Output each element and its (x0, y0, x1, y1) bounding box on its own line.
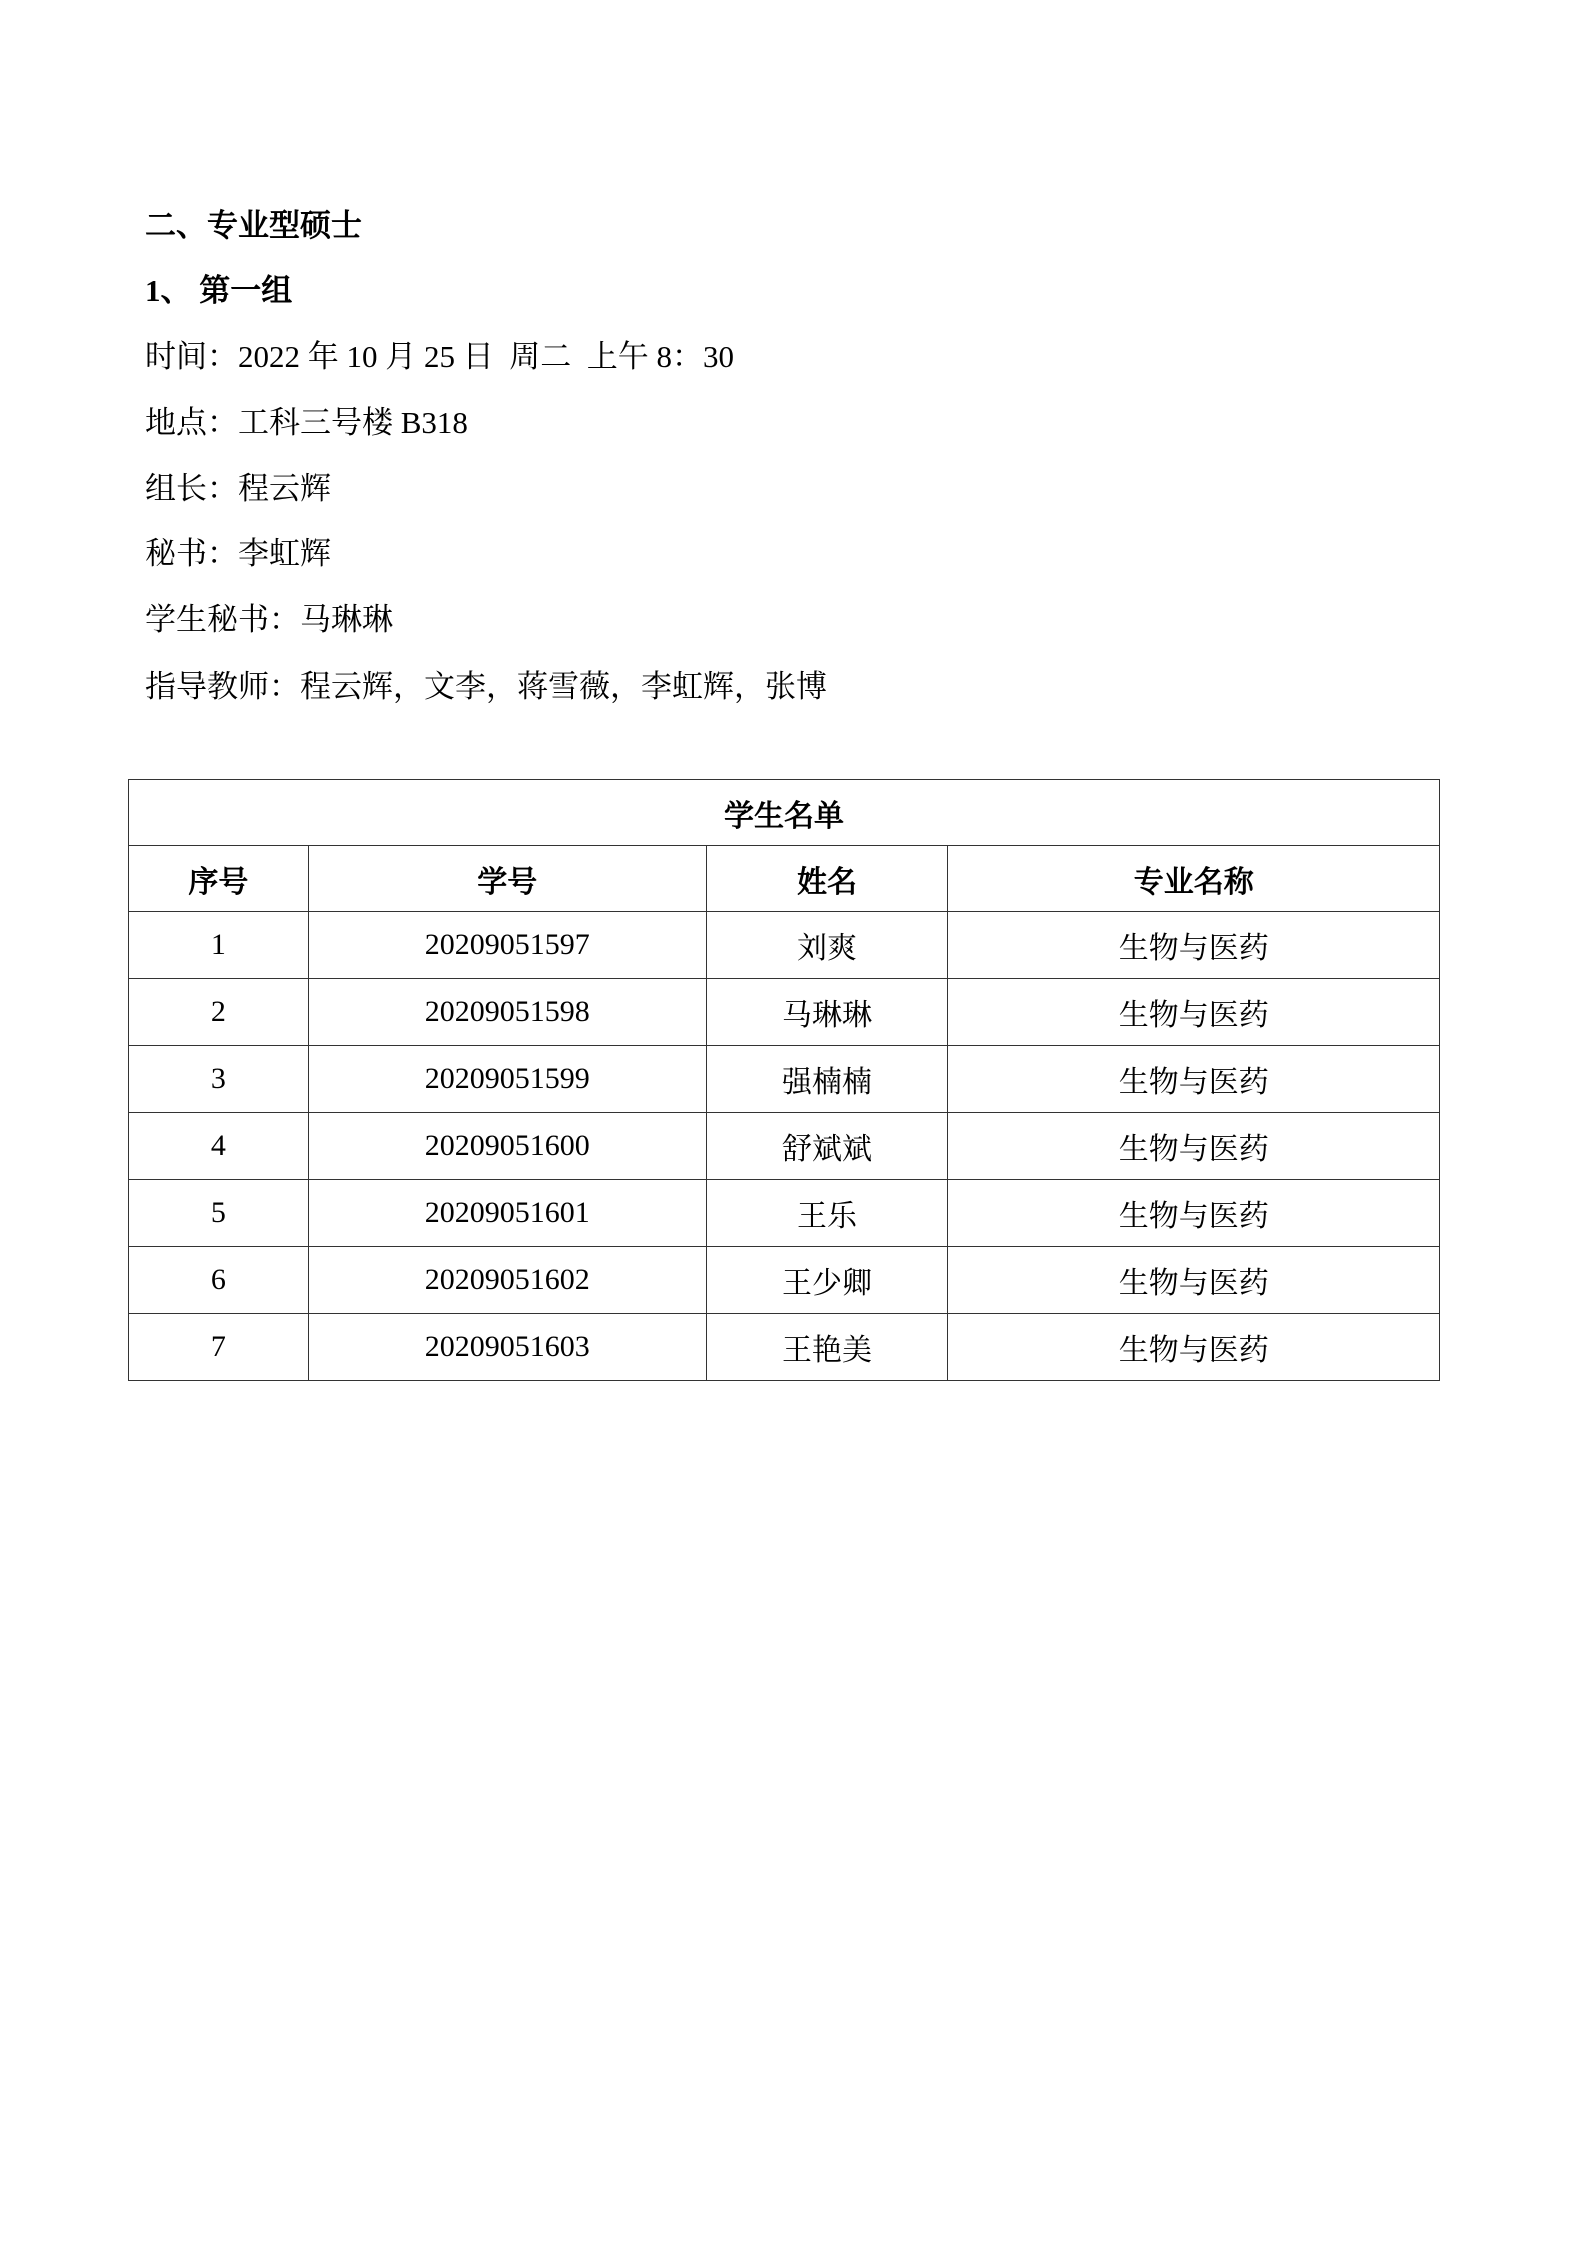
cell-major: 生物与医药 (948, 979, 1440, 1046)
section-heading: 二、专业型硕士 (145, 206, 362, 246)
location-line: 地点：工科三号楼 B318 (145, 403, 468, 443)
student-roster-table: 学生名单 序号 学号 姓名 专业名称 1 20209051597 刘爽 生物与医… (128, 779, 1440, 1381)
cell-student-id: 20209051601 (308, 1180, 706, 1247)
cell-student-id: 20209051599 (308, 1046, 706, 1113)
column-header-student-id: 学号 (308, 846, 706, 912)
cell-index: 6 (129, 1247, 309, 1314)
cell-major: 生物与医药 (948, 912, 1440, 979)
cell-index: 5 (129, 1180, 309, 1247)
table-header-row: 序号 学号 姓名 专业名称 (129, 846, 1440, 912)
cell-name: 王艳美 (706, 1314, 948, 1381)
cell-name: 王少卿 (706, 1247, 948, 1314)
time-line: 时间：2022 年 10 月 25 日 周二 上午 8：30 (145, 337, 734, 377)
cell-name: 刘爽 (706, 912, 948, 979)
cell-student-id: 20209051600 (308, 1113, 706, 1180)
cell-index: 1 (129, 912, 309, 979)
cell-index: 2 (129, 979, 309, 1046)
cell-name: 舒斌斌 (706, 1113, 948, 1180)
table-row: 4 20209051600 舒斌斌 生物与医药 (129, 1113, 1440, 1180)
cell-index: 3 (129, 1046, 309, 1113)
cell-name: 王乐 (706, 1180, 948, 1247)
table-row: 3 20209051599 强楠楠 生物与医药 (129, 1046, 1440, 1113)
cell-major: 生物与医药 (948, 1314, 1440, 1381)
cell-major: 生物与医药 (948, 1113, 1440, 1180)
table-row: 2 20209051598 马琳琳 生物与医药 (129, 979, 1440, 1046)
cell-major: 生物与医药 (948, 1180, 1440, 1247)
column-header-major: 专业名称 (948, 846, 1440, 912)
cell-name: 强楠楠 (706, 1046, 948, 1113)
cell-index: 4 (129, 1113, 309, 1180)
secretary-line: 秘书：李虹辉 (145, 534, 331, 574)
column-header-index: 序号 (129, 846, 309, 912)
table-title: 学生名单 (129, 780, 1440, 846)
table-row: 1 20209051597 刘爽 生物与医药 (129, 912, 1440, 979)
cell-student-id: 20209051597 (308, 912, 706, 979)
group-heading: 1、 第一组 (145, 271, 292, 311)
cell-index: 7 (129, 1314, 309, 1381)
leader-line: 组长：程云辉 (145, 469, 331, 509)
table-title-row: 学生名单 (129, 780, 1440, 846)
student-secretary-line: 学生秘书：马琳琳 (145, 600, 393, 640)
cell-major: 生物与医药 (948, 1247, 1440, 1314)
advisors-line: 指导教师：程云辉，文李，蒋雪薇，李虹辉，张博 (145, 667, 827, 707)
cell-student-id: 20209051598 (308, 979, 706, 1046)
table-row: 5 20209051601 王乐 生物与医药 (129, 1180, 1440, 1247)
cell-major: 生物与医药 (948, 1046, 1440, 1113)
cell-student-id: 20209051603 (308, 1314, 706, 1381)
column-header-name: 姓名 (706, 846, 948, 912)
cell-student-id: 20209051602 (308, 1247, 706, 1314)
table-row: 6 20209051602 王少卿 生物与医药 (129, 1247, 1440, 1314)
table-row: 7 20209051603 王艳美 生物与医药 (129, 1314, 1440, 1381)
cell-name: 马琳琳 (706, 979, 948, 1046)
